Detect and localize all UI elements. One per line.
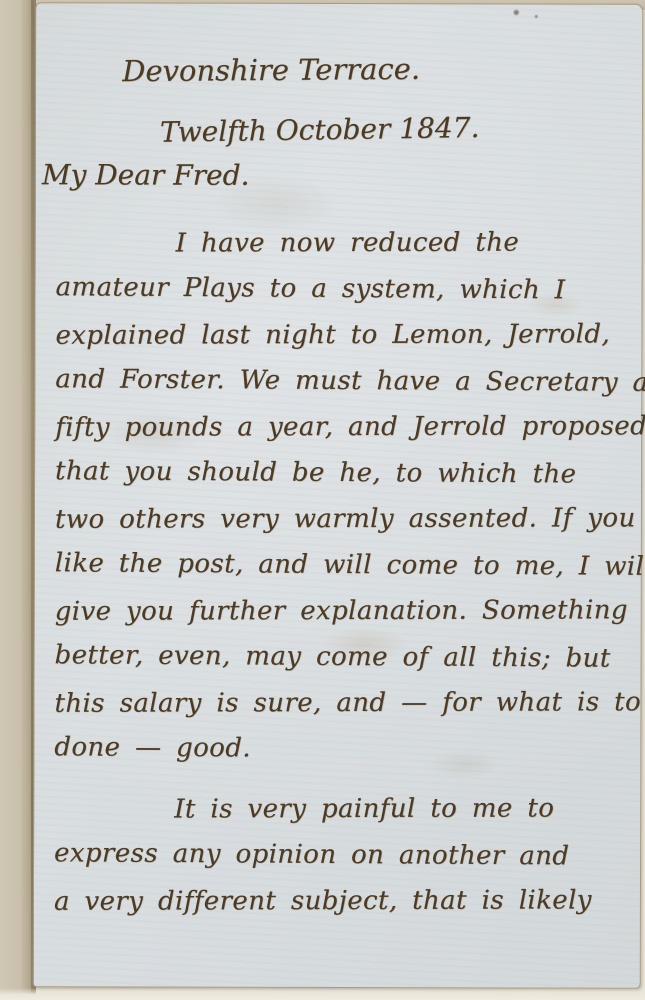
handwritten-line: a very different subject, that is likely	[54, 877, 640, 925]
letter-paragraph-1: I have now reduced the amateur Plays to …	[34, 219, 641, 773]
handwritten-line: done — good.	[54, 724, 640, 774]
handwritten-line: give you further explanation. Something	[55, 587, 641, 635]
handwritten-line: two others very warmly assented. If you	[55, 495, 641, 543]
handwritten-line: this salary is sure, and — for what is t…	[54, 679, 640, 727]
letter-paragraph-2: It is very painful to me to express any …	[34, 785, 640, 925]
letter-date: Twelfth October 1847.	[160, 109, 642, 149]
handwritten-line: and Forster. We must have a Secretary at	[55, 356, 641, 406]
backdrop-bottom-edge	[0, 988, 645, 1000]
handwritten-line: It is very painful to me to	[54, 785, 640, 833]
handwritten-line: better, even, may come of all this; but	[54, 632, 640, 682]
handwritten-line: explained last night to Lemon, Jerrold,	[55, 311, 641, 359]
handwritten-line: like the post, and will come to me, I wi…	[55, 540, 641, 590]
handwritten-line: amateur Plays to a system, which I	[55, 264, 641, 314]
letter-heading: Devonshire Terrace.	[122, 50, 642, 88]
handwritten-line: that you should be he, to which the	[55, 448, 641, 498]
letter-content: Devonshire Terrace. Twelfth October 1847…	[34, 3, 643, 988]
handwritten-line: express any opinion on another and	[54, 830, 640, 880]
handwritten-line: fifty pounds a year, and Jerrold propose…	[55, 403, 641, 451]
handwritten-line: I have now reduced the	[56, 219, 642, 267]
letter-page: Devonshire Terrace. Twelfth October 1847…	[33, 2, 644, 989]
page-binding-edge	[0, 0, 36, 1000]
letter-photo: Devonshire Terrace. Twelfth October 1847…	[0, 0, 645, 1000]
letter-salutation: My Dear Fred.	[42, 158, 642, 193]
